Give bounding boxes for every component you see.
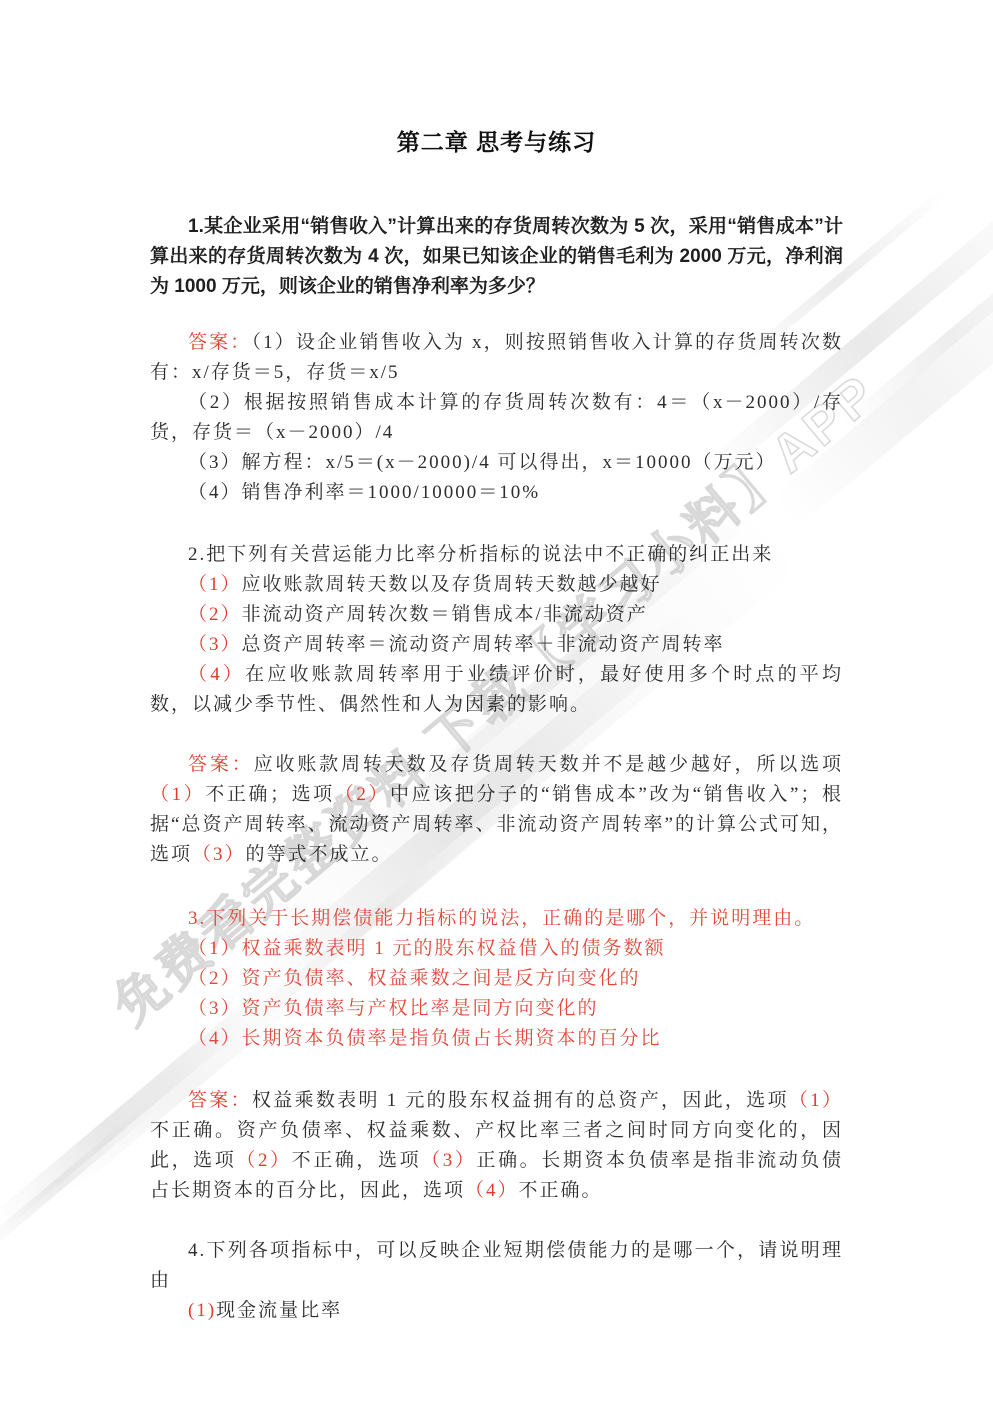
- question-2: 2.把下列有关营运能力比率分析指标的说法中不正确的纠正出来（1）应收账款周转天数…: [150, 540, 843, 720]
- answer-3: 答案：权益乘数表明 1 元的股东权益拥有的总资产，因此，选项（1）不正确。资产负…: [150, 1086, 843, 1206]
- paragraph: （1）应收账款周转天数以及存货周转天数越少越好: [150, 570, 843, 600]
- text-run: （3）: [192, 844, 246, 865]
- paragraph: （4）在应收账款周转率用于业绩评价时，最好使用多个时点的平均数，以减少季节性、偶…: [150, 660, 843, 720]
- text-run: （4）长期资本负债率是指负债占长期资本的百分比: [188, 1028, 662, 1049]
- text-run: 1.某企业采用“销售收入”计算出来的存货周转次数为 5 次，采用“销售成本”计算…: [150, 216, 843, 297]
- paragraph: 2.把下列有关营运能力比率分析指标的说法中不正确的纠正出来: [150, 540, 843, 570]
- text-run: （4）: [188, 664, 245, 685]
- text-run: （2）根据按照销售成本计算的存货周转次数有：4＝（x－2000）/存货，存货＝（…: [150, 392, 843, 443]
- text-run: 答案：: [188, 754, 254, 775]
- text-run: 总资产周转率＝流动资产周转率＋非流动资产周转率: [242, 634, 725, 655]
- text-run: （3）: [421, 1150, 476, 1171]
- text-run: （2）: [188, 604, 242, 625]
- paragraph: 答案：（1）设企业销售收入为 x，则按照销售收入计算的存货周转次数有：x/存货＝…: [150, 328, 843, 388]
- paragraph: （4）销售净利率＝1000/10000＝10%: [150, 478, 843, 508]
- text-run: 现金流量比率: [216, 1300, 342, 1321]
- paragraph: 答案：权益乘数表明 1 元的股东权益拥有的总资产，因此，选项（1）不正确。资产负…: [150, 1086, 843, 1206]
- text-run: （1）: [150, 784, 205, 805]
- text-run: （1）设企业销售收入为 x，则按照销售收入计算的存货周转次数有：x/存货＝5，存…: [150, 332, 843, 383]
- text-run: （3）资产负债率与产权比率是同方向变化的: [188, 998, 599, 1019]
- text-run: （1）: [188, 574, 242, 595]
- text-run: （3）: [188, 634, 242, 655]
- text-run: 非流动资产周转次数＝销售成本/非流动资产: [242, 604, 648, 625]
- paragraph: （3）资产负债率与产权比率是同方向变化的: [150, 994, 843, 1024]
- text-run: 应收账款周转天数以及存货周转天数越少越好: [242, 574, 662, 595]
- document-content: 第二章 思考与练习 1.某企业采用“销售收入”计算出来的存货周转次数为 5 次，…: [0, 0, 993, 1326]
- text-run: 应收账款周转天数及存货周转天数并不是越少越好，所以选项: [254, 754, 843, 775]
- paragraph: 3.下列关于长期偿债能力指标的说法，正确的是哪个，并说明理由。: [150, 904, 843, 934]
- question-3: 3.下列关于长期偿债能力指标的说法，正确的是哪个，并说明理由。（1）权益乘数表明…: [150, 904, 843, 1054]
- paragraph: （3）解方程：x/5＝(x－2000)/4 可以得出，x＝10000（万元）: [150, 448, 843, 478]
- paragraph: （3）总资产周转率＝流动资产周转率＋非流动资产周转率: [150, 630, 843, 660]
- text-run: 不正确，选项: [292, 1150, 422, 1171]
- paragraph: （4）长期资本负债率是指负债占长期资本的百分比: [150, 1024, 843, 1054]
- paragraph: （2）根据按照销售成本计算的存货周转次数有：4＝（x－2000）/存货，存货＝（…: [150, 388, 843, 448]
- text-run: 权益乘数表明 1 元的股东权益拥有的总资产，因此，选项: [252, 1090, 789, 1111]
- page-title: 第二章 思考与练习: [150, 126, 843, 158]
- text-run: 不正确。: [519, 1180, 603, 1201]
- text-run: （1）: [789, 1090, 843, 1111]
- paragraph: 4.下列各项指标中，可以反映企业短期偿债能力的是哪一个，请说明理由: [150, 1236, 843, 1296]
- document-page: 免费看完整资料 下载【学习小料】APP 第二章 思考与练习 1.某企业采用“销售…: [0, 0, 993, 1404]
- text-run: (1): [188, 1300, 216, 1321]
- answer-2: 答案：应收账款周转天数及存货周转天数并不是越少越好，所以选项（1）不正确；选项（…: [150, 750, 843, 870]
- text-run: 不正确；选项: [205, 784, 335, 805]
- text-run: （2）: [335, 784, 390, 805]
- text-run: 2.把下列有关营运能力比率分析指标的说法中不正确的纠正出来: [188, 544, 773, 565]
- text-run: 4.下列各项指标中，可以反映企业短期偿债能力的是哪一个，请说明理由: [150, 1240, 843, 1291]
- document-body: 1.某企业采用“销售收入”计算出来的存货周转次数为 5 次，采用“销售成本”计算…: [150, 212, 843, 1326]
- paragraph: 答案：应收账款周转天数及存货周转天数并不是越少越好，所以选项（1）不正确；选项（…: [150, 750, 843, 870]
- text-run: 3.下列关于长期偿债能力指标的说法，正确的是哪个，并说明理由。: [188, 908, 815, 929]
- paragraph: （2）非流动资产周转次数＝销售成本/非流动资产: [150, 600, 843, 630]
- text-run: （1）权益乘数表明 1 元的股东权益借入的债务数额: [188, 938, 666, 959]
- text-run: （4）: [465, 1180, 519, 1201]
- question-1: 1.某企业采用“销售收入”计算出来的存货周转次数为 5 次，采用“销售成本”计算…: [150, 212, 843, 302]
- text-run: （3）解方程：x/5＝(x－2000)/4 可以得出，x＝10000（万元）: [188, 452, 776, 473]
- text-run: 答案：: [188, 1090, 252, 1111]
- text-run: （2）: [236, 1150, 291, 1171]
- paragraph: （2）资产负债率、权益乘数之间是反方向变化的: [150, 964, 843, 994]
- text-run: （2）资产负债率、权益乘数之间是反方向变化的: [188, 968, 641, 989]
- paragraph: 1.某企业采用“销售收入”计算出来的存货周转次数为 5 次，采用“销售成本”计算…: [150, 212, 843, 302]
- text-run: 答案：: [188, 332, 251, 353]
- answer-1: 答案：（1）设企业销售收入为 x，则按照销售收入计算的存货周转次数有：x/存货＝…: [150, 328, 843, 508]
- text-run: 的等式不成立。: [246, 844, 393, 865]
- question-4: 4.下列各项指标中，可以反映企业短期偿债能力的是哪一个，请说明理由(1)现金流量…: [150, 1236, 843, 1326]
- paragraph: （1）权益乘数表明 1 元的股东权益借入的债务数额: [150, 934, 843, 964]
- text-run: 在应收账款周转率用于业绩评价时，最好使用多个时点的平均数，以减少季节性、偶然性和…: [150, 664, 843, 715]
- paragraph: (1)现金流量比率: [150, 1296, 843, 1326]
- text-run: （4）销售净利率＝1000/10000＝10%: [188, 482, 540, 503]
